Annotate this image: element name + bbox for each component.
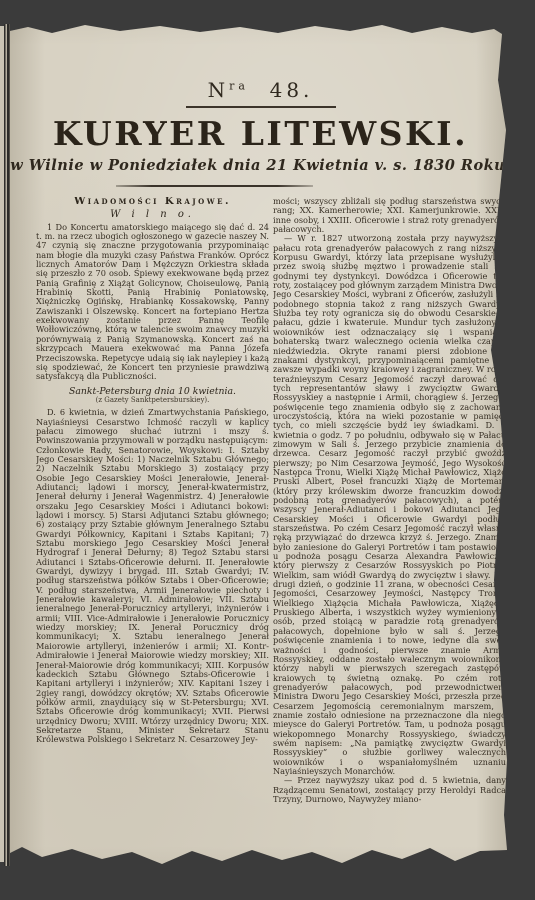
left-column: Wiadomości Krajowe. W i l n o. 1 Do Konc…	[36, 197, 269, 809]
article-paragraph-ukaz: — Przez naywyższy ukaz pod d. 5 kwietnia…	[273, 776, 506, 804]
subheading-source: (z Gazety Sanktpetersburskiey).	[36, 396, 269, 405]
place-heading-wilno: W i l n o.	[36, 210, 269, 219]
issue-value: 48.	[270, 78, 314, 102]
article-columns: Wiadomości Krajowe. W i l n o. 1 Do Konc…	[36, 197, 506, 809]
article-paragraph-ranks-continued: mości; wszyscy zbliżali się podług stars…	[273, 197, 506, 234]
article-paragraph-easter: D. 6 kwietnia, w dzień Zmartwychstania P…	[36, 408, 269, 445]
gutter-fold-line	[4, 24, 10, 866]
dateline-rule	[116, 185, 313, 187]
issue-superscript: ra	[229, 79, 249, 92]
subheading-sankt-petersburg: Sankt-Petersburg dnia 10 kwietnia.	[36, 387, 269, 396]
newspaper-page: Nra 48. KURYER LITEWSKI. w Wilnie w Poni…	[10, 0, 511, 900]
article-paragraph-ranks-list: Członkowie Rady, Senatorowie, Woyskowi: …	[36, 446, 269, 745]
article-paragraph-concert: 1 Do Koncertu amatorskiego maiącego się …	[36, 223, 269, 382]
masthead-title: KURYER LITEWSKI.	[10, 114, 511, 153]
right-column: mości; wszyscy zbliżali się podług stars…	[273, 197, 506, 809]
article-paragraph-grenadiers: — W r. 1827 utworzoną została przy naywy…	[273, 234, 506, 776]
issue-rule	[186, 106, 336, 108]
issue-number: Nra 48.	[10, 78, 511, 102]
page-content: Nra 48. KURYER LITEWSKI. w Wilnie w Poni…	[10, 0, 511, 900]
dateline: w Wilnie w Poniedziałek dnia 21 Kwietnia…	[10, 157, 511, 174]
section-heading-wiadomosci-krajowe: Wiadomości Krajowe.	[36, 197, 269, 206]
issue-prefix: N	[208, 78, 230, 102]
